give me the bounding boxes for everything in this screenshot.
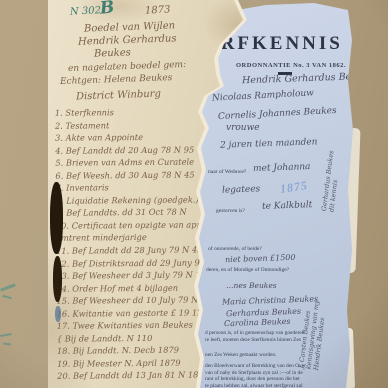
marginal-ink-mark xyxy=(3,342,11,345)
inventory-item: 3. Akte van Appointe xyxy=(55,130,225,144)
instruction-line: nen Zes Weken gemaakt worden. xyxy=(205,352,276,359)
docket-letter: B xyxy=(99,0,115,19)
instruction-line: re leeft, moeten deze Sterfkennis binnen… xyxy=(205,337,304,344)
estate-field-label: of onroerende, of beide? xyxy=(208,246,262,252)
year-stamp: 1875 xyxy=(279,178,309,197)
age-fill: 2 jaren tien maanden xyxy=(220,137,318,150)
parents-fill-3: vrouwe xyxy=(226,123,260,133)
erfkennis-form-page: ERFKENNIS ORDONNANTIE No. 3 VAN 1862. He… xyxy=(196,0,358,388)
inventory-item: 16. Kwitantie van gestorte £ 19 12 0 xyxy=(57,306,227,320)
inventory-item: 4. Bef Landdt dd 20 Aug 78 N 95 xyxy=(55,143,225,157)
child-name: Carolina Beukes xyxy=(224,317,291,328)
child-name: …nes Beukes xyxy=(226,281,277,290)
docket-number: N 302 xyxy=(70,5,102,18)
estate-heading-line: Hendrik Gerhardus xyxy=(78,33,177,47)
legatees-fill: legatees xyxy=(222,184,261,195)
instruction-line: den Bloedverwant of Betrekking van den O… xyxy=(205,363,308,370)
inventory-item: 6. Bef Weesh. dd 30 Aug 78 N 45 xyxy=(55,168,225,182)
children-field-label: deren, en of Mondige of Onmondige? xyxy=(206,267,289,273)
marginal-ink-mark xyxy=(0,283,16,291)
estate-heading-line: Echtgen: Helena Beukes xyxy=(60,73,173,87)
died-fill: te Kalkbult xyxy=(262,200,313,212)
docket-year: 1873 xyxy=(145,4,171,16)
estate-heading-line: Boedel van Wijlen xyxy=(84,20,176,34)
estate-heading-line: Beukes xyxy=(94,47,131,59)
form-instructions-paragraph: d persoon is, of in gemeenschap van goed… xyxy=(205,330,304,343)
spine-crack-blue-speck xyxy=(55,306,61,322)
ordinance-line: ORDONNANTIE No. 3 VAN 1862. xyxy=(236,62,346,69)
marginal-ink-mark xyxy=(0,333,12,337)
marginal-ink-mark xyxy=(2,295,12,299)
inventory-item: 10. Certificaat ten opzigte van applikat… xyxy=(56,218,226,232)
form-instructions-paragraph: nen Zes Weken gemaakt worden. xyxy=(205,352,276,359)
inventory-item: 12. Bef Distriktsraad dd 29 Juny 9 xyxy=(56,256,226,270)
estate-heading-line: en nagelaten boedel gem: xyxy=(68,60,186,74)
instruction-line: d persoon is, of in gemeenschap van goed… xyxy=(205,330,304,337)
widow-field-label: naar of Weduwe? xyxy=(208,169,246,175)
inventory-item: 7. Inventaris xyxy=(55,181,225,195)
archival-photo: ERFKENNIS ORDONNANTIE No. 3 VAN 1862. He… xyxy=(0,0,388,388)
inventory-item: 9. Bef Landdts. dd 31 Oct 78 N xyxy=(56,206,226,220)
inventory-item: 8. Liquidatie Rekening (goedgek.) xyxy=(56,193,226,207)
vertical-margin-note: Gerhardus Beukes dit kennis xyxy=(321,111,348,212)
widow-fill: met Johanna xyxy=(253,162,311,174)
deceased-name: Hendrik Gerhardus Beukes xyxy=(242,71,374,87)
estate-fill: niet boven £1500 xyxy=(225,253,296,264)
form-instructions-paragraph: den Bloedverwant of Betrekking van den O… xyxy=(205,363,308,388)
spine-crack xyxy=(53,256,62,302)
inventory-item: 19. Bij Meester N. April 1879 xyxy=(57,356,227,370)
instruction-line: rant of betrekking, door den persoon die… xyxy=(205,376,308,383)
parents-fill-2: Cornelis Johannes Beukes xyxy=(218,106,337,122)
instruction-line: te plaats hebben zal, alwaar het sterfge… xyxy=(205,383,308,388)
spine-crack xyxy=(50,182,63,254)
child-name: Maria Christina Beukes xyxy=(222,294,318,306)
vertical-margin-note: J. Carsten Beukes kennisgeving van my He… xyxy=(298,204,340,371)
parents-fill-1: Nicolaas Rampholouw xyxy=(212,88,314,103)
district-line: District Winburg xyxy=(76,89,161,103)
died-field-label: gestorven is? xyxy=(216,208,245,214)
